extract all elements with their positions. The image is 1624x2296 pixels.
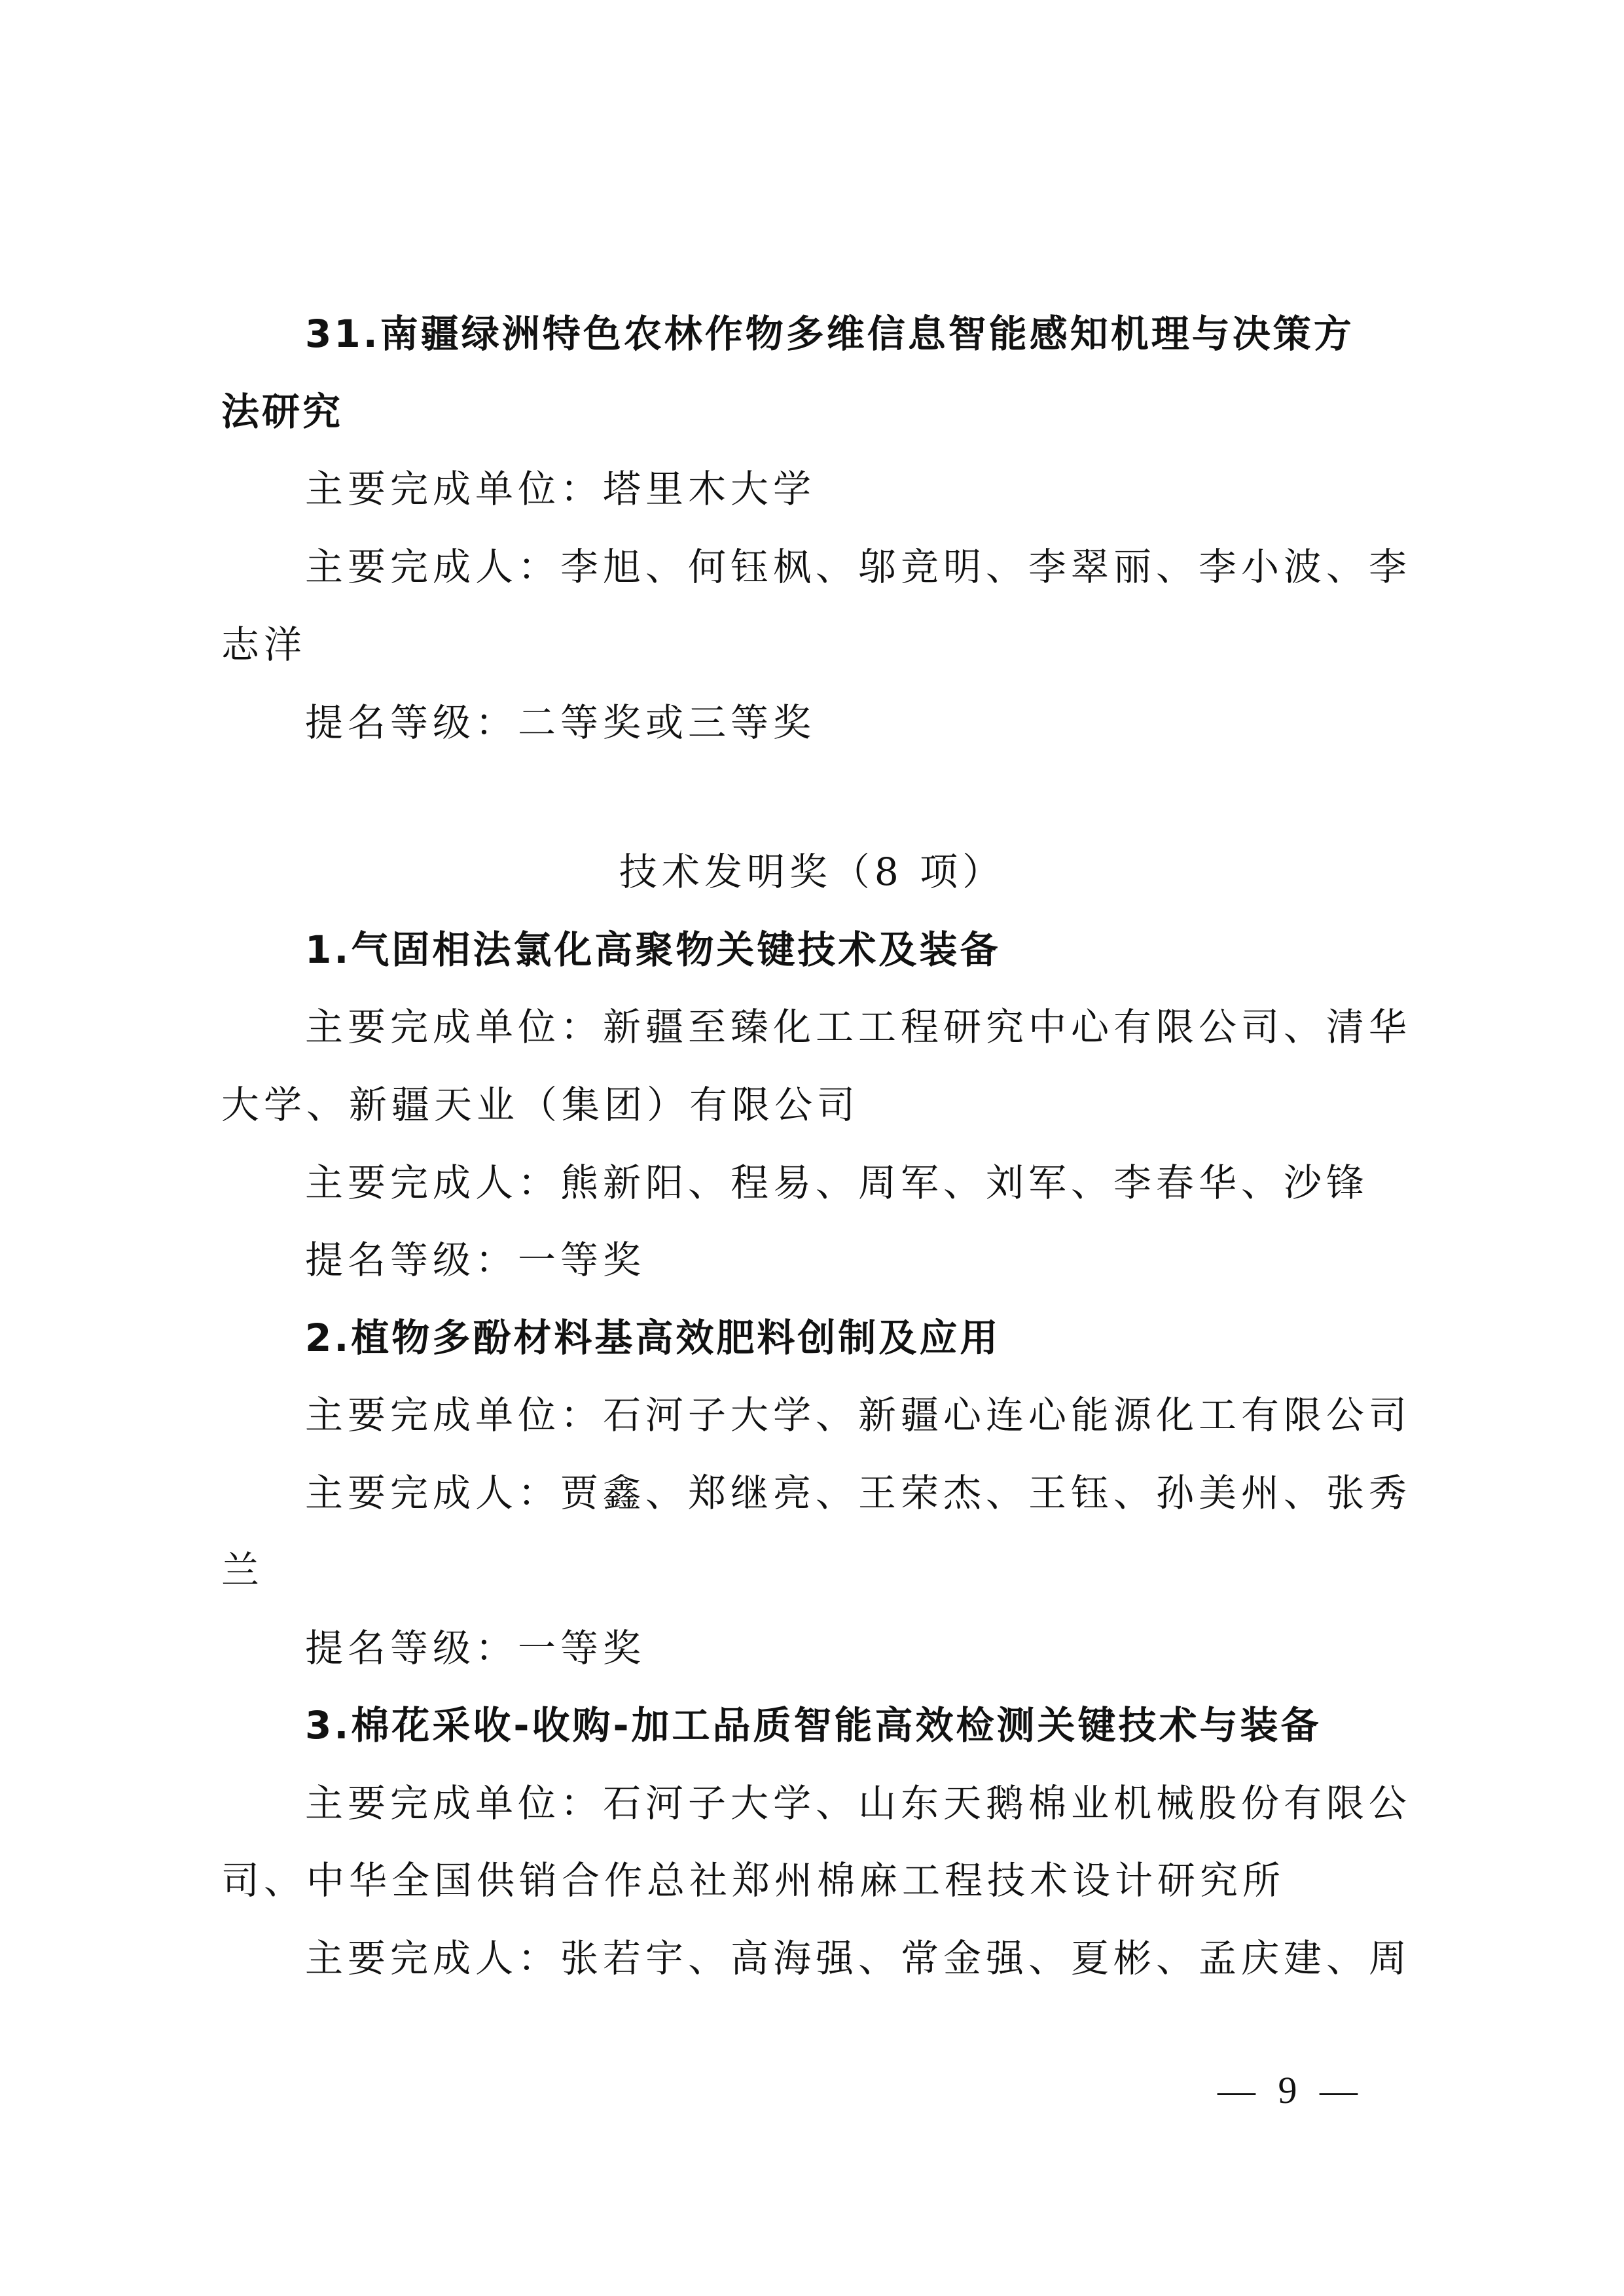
item-2-level: 提名等级：一等奖 <box>305 1624 1516 1672</box>
item-1-level: 提名等级：一等奖 <box>305 1236 1516 1283</box>
item-31-level: 提名等级：二等奖或三等奖 <box>305 699 1516 746</box>
item-31-people-line1: 主要完成人：李旭、何钰枫、邬竞明、李翠丽、李小波、李 <box>305 543 1516 590</box>
item-1-title: 1.气固相法氯化高聚物关键技术及装备 <box>305 926 1516 973</box>
item-3-people-line1: 主要完成人：张若宇、高海强、常金强、夏彬、孟庆建、周 <box>305 1935 1516 1982</box>
item-1-units-line2: 大学、新疆天业（集团）有限公司 <box>221 1081 1432 1128</box>
item-3-units-line1: 主要完成单位：石河子大学、山东天鹅棉业机械股份有限公 <box>305 1780 1516 1827</box>
item-3-title: 3.棉花采收-收购-加工品质智能高效检测关键技术与装备 <box>305 1702 1516 1749</box>
item-2-title: 2.植物多酚材料基高效肥料创制及应用 <box>305 1314 1516 1361</box>
item-3-units-line2: 司、中华全国供销合作总社郑州棉麻工程技术设计研究所 <box>221 1857 1432 1904</box>
item-2-units: 主要完成单位：石河子大学、新疆心连心能源化工有限公司 <box>305 1391 1516 1439</box>
item-1-units-line1: 主要完成单位：新疆至臻化工工程研究中心有限公司、清华 <box>305 1003 1516 1050</box>
item-31-people-line2: 志洋 <box>221 621 1432 668</box>
item-2-people-line1: 主要完成人：贾鑫、郑继亮、王荣杰、王钰、孙美州、张秀 <box>305 1469 1516 1516</box>
item-1-people: 主要完成人：熊新阳、程易、周军、刘军、李春华、沙锋 <box>305 1159 1516 1206</box>
item-31-units: 主要完成单位：塔里木大学 <box>305 465 1516 512</box>
page-number: — 9 — <box>1218 2068 1364 2112</box>
document-page: 31.南疆绿洲特色农林作物多维信息智能感知机理与决策方 法研究 主要完成单位：塔… <box>0 0 1624 2296</box>
section-heading: 技术发明奖（8 项） <box>0 848 1624 895</box>
item-31-title-line2: 法研究 <box>221 388 1432 435</box>
item-2-people-line2: 兰 <box>221 1547 1432 1594</box>
item-31-title-line1: 31.南疆绿洲特色农林作物多维信息智能感知机理与决策方 <box>305 310 1516 357</box>
